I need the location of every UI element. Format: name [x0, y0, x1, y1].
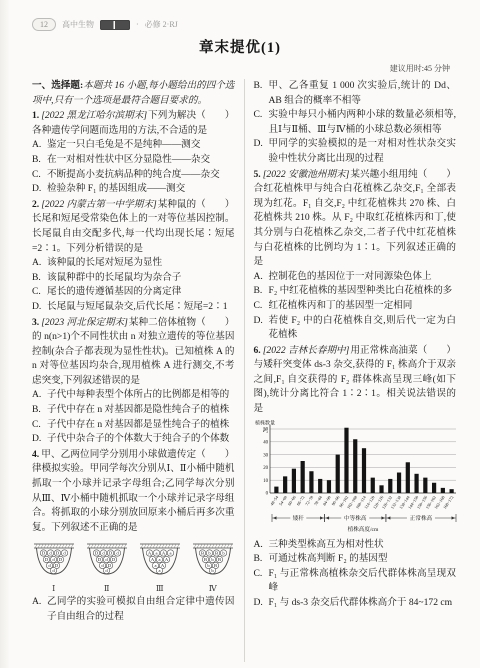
option-text: 子代中存在 n 对基因都是隐性纯合子的植株 [47, 403, 235, 418]
svg-text:正常株高: 正常株高 [409, 514, 432, 522]
question-1-options: A.鉴定一只白毛兔是不是纯种——测交 B.在一对相对性状中区分显隐性——杂交 C… [32, 138, 235, 196]
svg-text:a: a [155, 551, 157, 556]
option-text: 若使 F₂ 中的白花植株自交,则后代一定为白花植株 [269, 314, 457, 343]
question-source: [2022 黑龙江哈尔滨期末] [41, 110, 148, 121]
option-label: C. [32, 285, 47, 300]
suggested-time: 建议用时:45 分钟 [390, 63, 450, 74]
page-header: 12 高中生物 · 必修 2·RJ [32, 18, 178, 31]
header-course: 高中生物 [62, 19, 94, 30]
option-label: D. [32, 182, 47, 197]
option-text: 检验杂种 F₁ 的基因组成——测交 [47, 182, 235, 197]
question-3: （ ）3.[2023 河北保定期末]某种二倍体植物的 n(n>1)个不同性状由 … [32, 316, 235, 447]
question-2: （ ）2.[2022 内蒙古第一中学期末]某种鼠的长尾和短尾受常染色体上的一对等… [32, 198, 235, 315]
option-text: 控制花色的基因位于一对同源染色体上 [269, 270, 457, 285]
svg-text:B: B [204, 558, 207, 563]
left-column: 一、选择题:本题共 16 小题,每小题给出的四个选项中,只有一个选项是最符合题目… [32, 79, 235, 662]
question-1-stem: （ ）1.[2022 黑龙江哈尔滨期末]下列为解决各种遗传学问题而选用的方法,不… [32, 109, 235, 138]
option-row: D.检验杂种 F₁ 的基因组成——测交 [32, 182, 235, 197]
question-number: 1. [32, 110, 41, 121]
option-row: A.三种类型株高互为相对性状 [254, 538, 457, 553]
two-column-body: 一、选择题:本题共 16 小题,每小题给出的四个选项中,只有一个选项是最符合题目… [32, 79, 456, 662]
question-4: （ ）4.甲、乙两位同学分别用小球做遗传定律模拟实验。甲同学每次分别从Ⅰ、Ⅱ小桶… [32, 448, 235, 624]
option-row: B.在一对相对性状中区分显隐性——杂交 [32, 153, 235, 168]
section-heading-bold: 一、选择题: [32, 80, 83, 91]
svg-text:F₂: F₂ [262, 428, 268, 434]
svg-text:B: B [201, 551, 204, 556]
header-edition: 必修 2·RJ [145, 19, 178, 30]
option-text: 可通过株高判断 F₂ 的基因型 [269, 552, 457, 567]
svg-text:植株高度/cm: 植株高度/cm [347, 525, 378, 533]
option-text: F₁ 与 ds-3 杂交后代群体株高介于 84~172 cm [269, 596, 457, 611]
question-5-stem: （ ）5.[2022 安徽池州期末]某兴趣小组用纯合红花植株甲与纯合白花植株乙杂… [254, 168, 457, 270]
option-text: 尾长的遗传遵循基因的分离定律 [47, 285, 235, 300]
bucket-label: Ⅳ [191, 584, 235, 593]
option-label: C. [32, 168, 47, 183]
section-heading: 一、选择题:本题共 16 小题,每小题给出的四个选项中,只有一个选项是最符合题目… [32, 79, 235, 108]
page-number-badge: 12 [32, 18, 56, 31]
option-text: 实验中每只小桶内两种小球的数量必须相等,且Ⅰ与Ⅱ桶、Ⅲ与Ⅳ桶的小球总数必须相等 [269, 108, 457, 137]
option-text: 该种鼠的长尾对短尾为显性 [47, 256, 235, 271]
svg-text:a: a [158, 569, 160, 574]
svg-text:B: B [214, 564, 217, 569]
question-source: [2023 河北保定期末] [41, 317, 129, 328]
option-row: A.鉴定一只白毛兔是不是纯种——测交 [32, 138, 235, 153]
option-label: C. [254, 567, 269, 596]
column-divider [244, 79, 245, 662]
option-label: D. [32, 432, 47, 447]
option-label: B. [32, 271, 47, 286]
option-label: A. [254, 538, 269, 553]
option-label: D. [254, 137, 269, 166]
svg-text:a: a [158, 558, 160, 563]
question-number: 5. [254, 169, 263, 180]
question-source: [2022 安徽池州期末] [263, 169, 351, 180]
option-row: B.F₂ 中红花植株的基因型种类比白花植株的多 [254, 284, 457, 299]
question-4-options-right: B.甲、乙各重复 1 000 次实验后,统计的 Dd、AB 组合的概率不相等 C… [254, 79, 457, 167]
plant-height-histogram: 01020304050植株数量F₂48~5454~6060~6666~7272~… [254, 419, 457, 537]
question-2-options: A.该种鼠的长尾对短尾为显性 B.该鼠种群中的长尾鼠均为杂合子 C.尾长的遗传遵… [32, 256, 235, 314]
option-row: D.子代中杂合子的个体数大于纯合子的个体数 [32, 432, 235, 447]
answer-blank: （ ） [196, 109, 234, 124]
option-text: 乙同学的实验可模拟自由组合定律中遗传因子自由组合的过程 [47, 595, 235, 624]
option-label: B. [254, 284, 269, 299]
option-row: A.乙同学的实验可模拟自由组合定律中遗传因子自由组合的过程 [32, 595, 235, 624]
option-text: 红花植株丙和丁的基因型一定相同 [269, 299, 457, 314]
option-row: C.F₁ 与正常株高植株杂交后代群体株高呈现双峰 [254, 567, 457, 596]
option-row: D.甲同学的实验模拟的是一对相对性状杂交实验中性状分离比出现的过程 [254, 137, 457, 166]
option-text: 在一对相对性状中区分显隐性——杂交 [47, 153, 235, 168]
option-text: 三种类型株高互为相对性状 [269, 538, 457, 553]
question-2-stem: （ ）2.[2022 内蒙古第一中学期末]某种鼠的长尾和短尾受常染色体上的一对等… [32, 198, 235, 256]
option-row: C.红花植株丙和丁的基因型一定相同 [254, 299, 457, 314]
option-row: D.若使 F₂ 中的白花植株自交,则后代一定为白花植株 [254, 314, 457, 343]
option-text: 子代中每种表型个体所占的比例都是相等的 [47, 388, 235, 403]
svg-text:矮秆: 矮秆 [292, 514, 304, 522]
answer-blank: （ ） [196, 448, 234, 463]
question-1: （ ）1.[2022 黑龙江哈尔滨期末]下列为解决各种遗传学问题而选用的方法,不… [32, 109, 235, 197]
option-label: A. [32, 138, 47, 153]
bucket-label: Ⅰ [32, 584, 76, 593]
option-label: D. [32, 300, 47, 315]
option-text: 不断提高小麦抗病品种的纯合度——杂交 [47, 168, 235, 183]
option-label: A. [32, 595, 47, 624]
option-row: A.子代中每种表型个体所占的比例都是相等的 [32, 388, 235, 403]
svg-text:30: 30 [263, 453, 268, 458]
option-text: 甲同学的实验模拟的是一对相对性状杂交实验中性状分离比出现的过程 [269, 137, 457, 166]
svg-text:20: 20 [263, 466, 268, 471]
option-row: D.F₁ 与 ds-3 杂交后代群体株高介于 84~172 cm [254, 596, 457, 611]
question-5: （ ）5.[2022 安徽池州期末]某兴趣小组用纯合红花植株甲与纯合白花植株乙杂… [254, 168, 457, 343]
option-label: B. [254, 552, 269, 567]
question-stem-text: 某兴趣小组用纯合红花植株甲与纯合白花植株乙杂交,F₁ 全部表现为红花。F₁ 自交… [254, 169, 457, 268]
bucket-figure: DdDdDdDdDdⅠDdDdDdDdDdⅡAaAaAaAaAaⅢBbBbBbB… [32, 540, 235, 593]
bucket: AaAaAaAaAaⅢ [138, 540, 182, 593]
option-label: C. [254, 299, 269, 314]
answer-blank: （ ） [196, 316, 234, 331]
bucket-label: Ⅲ [138, 584, 182, 593]
question-number: 3. [32, 317, 41, 328]
option-row: B.可通过株高判断 F₂ 的基因型 [254, 552, 457, 567]
bucket-label: Ⅱ [85, 584, 129, 593]
option-label: A. [254, 270, 269, 285]
svg-text:B: B [215, 551, 218, 556]
option-label: A. [32, 256, 47, 271]
svg-text:0: 0 [265, 491, 268, 496]
question-6-stem: （ ）6.[2022 吉林长春期中]用正常株高油菜与矮秆突变体 ds-3 杂交,… [254, 344, 457, 417]
option-text: 子代中杂合子的个体数大于纯合子的个体数 [47, 432, 235, 447]
question-3-stem: （ ）3.[2023 河北保定期末]某种二倍体植物的 n(n>1)个不同性状由 … [32, 316, 235, 389]
option-text: F₁ 与正常株高植株杂交后代群体株高呈现双峰 [269, 567, 457, 596]
option-row: B.子代中存在 n 对基因都是隐性纯合子的植株 [32, 403, 235, 418]
svg-text:a: a [169, 551, 171, 556]
option-row: A.该种鼠的长尾对短尾为显性 [32, 256, 235, 271]
option-row: A.控制花色的基因位于一对同源染色体上 [254, 270, 457, 285]
svg-text:40: 40 [263, 440, 268, 445]
question-4-stem: （ ）4.甲、乙两位同学分别用小球做遗传定律模拟实验。甲同学每次分别从Ⅰ、Ⅱ小桶… [32, 448, 235, 536]
option-text: 子代中存在 n 对基因都是显性纯合子的植株 [47, 418, 235, 433]
answer-blank: （ ） [196, 198, 234, 213]
option-row: C.尾长的遗传遵循基因的分离定律 [32, 285, 235, 300]
bucket: DdDdDdDdDdⅠ [32, 540, 76, 593]
svg-text:10: 10 [263, 479, 268, 484]
option-text: 该鼠种群中的长尾鼠均为杂合子 [47, 271, 235, 286]
option-row: D.长尾鼠与短尾鼠杂交,后代长尾∶短尾=2∶1 [32, 300, 235, 315]
option-text: 长尾鼠与短尾鼠杂交,后代长尾∶短尾=2∶1 [47, 300, 235, 315]
bucket: BbBbBbBbBbⅣ [191, 540, 235, 593]
right-column: B.甲、乙各重复 1 000 次实验后,统计的 Dd、AB 组合的概率不相等 C… [254, 79, 457, 662]
question-source: [2022 吉林长春期中] [263, 345, 351, 356]
svg-text:a: a [154, 564, 156, 569]
question-source: [2022 内蒙古第一中学期末] [41, 199, 158, 210]
bucket: DdDdDdDdDdⅡ [85, 540, 129, 593]
option-label: B. [254, 79, 269, 108]
option-label: B. [32, 153, 47, 168]
answer-blank: （ ） [418, 344, 456, 359]
option-text: 鉴定一只白毛兔是不是纯种——测交 [47, 138, 235, 153]
question-number: 2. [32, 199, 41, 210]
option-label: C. [32, 418, 47, 433]
option-label: A. [32, 388, 47, 403]
option-row: C.子代中存在 n 对基因都是显性纯合子的植株 [32, 418, 235, 433]
question-4-options-left: A.乙同学的实验可模拟自由组合定律中遗传因子自由组合的过程 [32, 595, 235, 624]
option-row: B.该鼠种群中的长尾鼠均为杂合子 [32, 271, 235, 286]
option-label: D. [254, 596, 269, 611]
question-5-options: A.控制花色的基因位于一对同源染色体上 B.F₂ 中红花植株的基因型种类比白花植… [254, 270, 457, 343]
option-row: B.甲、乙各重复 1 000 次实验后,统计的 Dd、AB 组合的概率不相等 [254, 79, 457, 108]
question-6: （ ）6.[2022 吉林长春期中]用正常株高油菜与矮秆突变体 ds-3 杂交,… [254, 344, 457, 611]
question-6-options: A.三种类型株高互为相对性状 B.可通过株高判断 F₂ 的基因型 C.F₁ 与正… [254, 538, 457, 611]
svg-text:B: B [218, 558, 221, 563]
option-label: C. [254, 108, 269, 137]
workbook-page: 12 高中生物 · 必修 2·RJ 章末提优(1) 建议用时:45 分钟 一、选… [0, 0, 480, 668]
question-number: 6. [254, 345, 263, 356]
option-text: 甲、乙各重复 1 000 次实验后,统计的 Dd、AB 组合的概率不相等 [269, 79, 457, 108]
question-3-options: A.子代中每种表型个体所占的比例都是相等的 B.子代中存在 n 对基因都是隐性纯… [32, 388, 235, 446]
option-label: D. [254, 314, 269, 343]
option-label: B. [32, 403, 47, 418]
answer-blank: （ ） [418, 168, 456, 183]
header-separator: · [136, 20, 139, 29]
svg-text:中等株高: 中等株高 [344, 514, 367, 522]
question-number: 4. [32, 449, 41, 460]
svg-text:植株数量: 植株数量 [255, 419, 275, 426]
option-text: F₂ 中红花植株的基因型种类比白花植株的多 [269, 284, 457, 299]
option-row: C.不断提高小麦抗病品种的纯合度——杂交 [32, 168, 235, 183]
brand-logo-icon [100, 20, 130, 30]
page-title: 章末提优(1) [0, 36, 480, 57]
option-row: C.实验中每只小桶内两种小球的数量必须相等,且Ⅰ与Ⅱ桶、Ⅲ与Ⅳ桶的小球总数必须相… [254, 108, 457, 137]
